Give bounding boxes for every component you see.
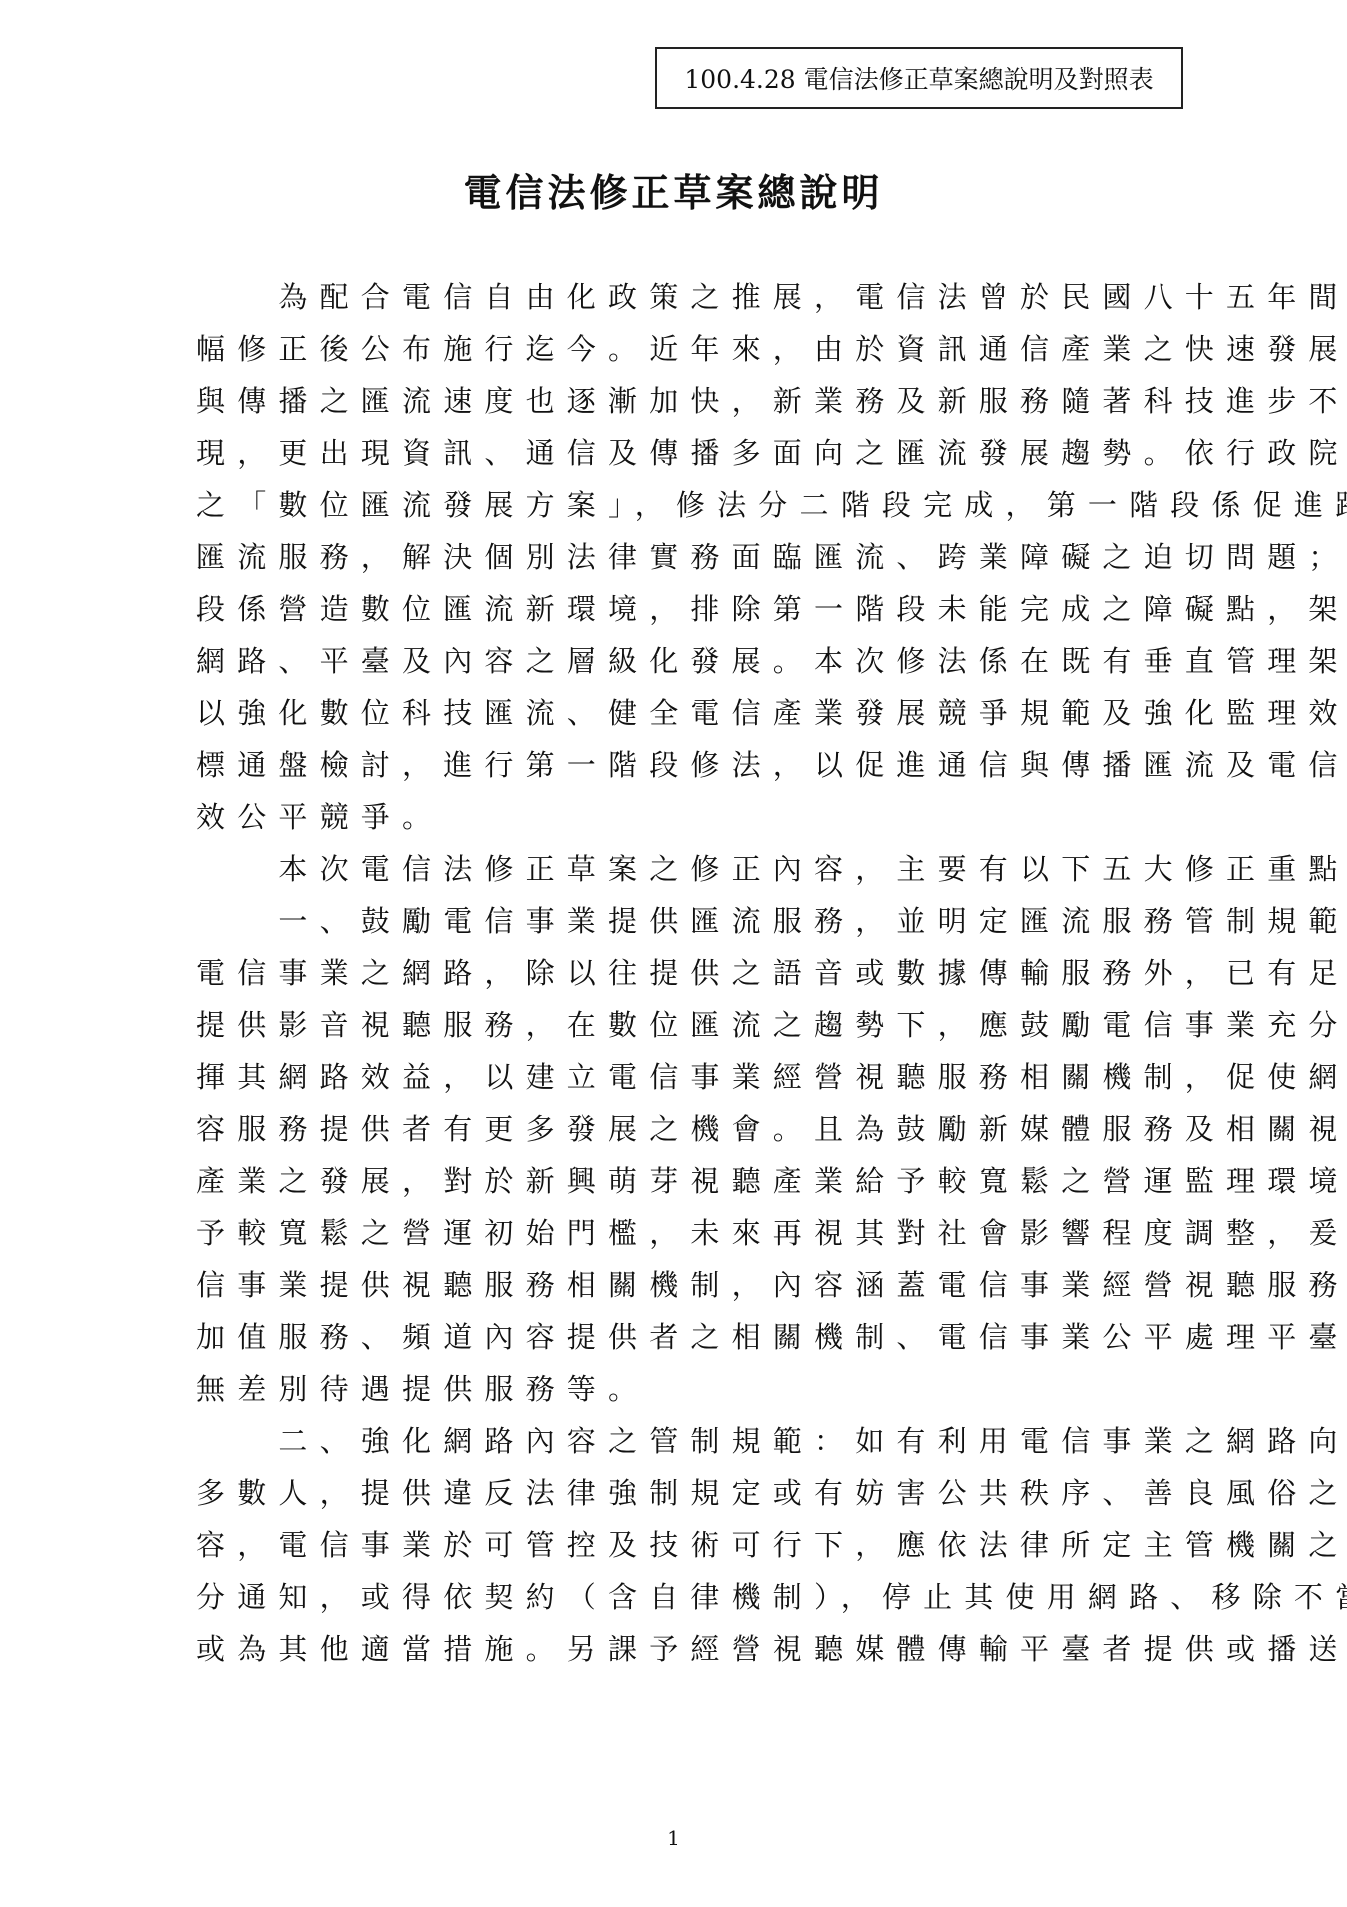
text-line: 現，更出現資訊、通信及傳播多面向之匯流發展趨勢。依行政院所核定 [196,427,1184,479]
document-header-label: 100.4.28 電信法修正草案總說明及對照表 [655,47,1183,109]
text-line: 與傳播之匯流速度也逐漸加快，新業務及新服務隨著科技進步不斷湧 [196,375,1184,427]
text-line: 以強化數位科技匯流、健全電信產業發展競爭規範及強化監理效能等指 [196,687,1184,739]
text-line: 段係營造數位匯流新環境，排除第一階段未能完成之障礙點，架構導向 [196,583,1184,635]
text-line: 標通盤檢討，進行第一階段修法，以促進通信與傳播匯流及電信事業有 [196,739,1184,791]
text-line: 多數人，提供違反法律強制規定或有妨害公共秩序、善良風俗之不當內 [196,1467,1184,1519]
paragraph-point-2: 二、強化網路內容之管制規範：如有利用電信事業之網路向不特定 多數人，提供違反法律… [196,1415,1184,1675]
paragraph-point-1: 一、鼓勵電信事業提供匯流服務，並明定匯流服務管制規範：目前 電信事業之網路，除以… [196,895,1184,1415]
text-line: 加值服務、頻道內容提供者之相關機制、電信事業公平處理平臺上下架、 [196,1311,1184,1363]
text-line: 容，電信事業於可管控及技術可行下，應依法律所定主管機關之行政處 [196,1519,1184,1571]
text-line: 本次電信法修正草案之修正內容，主要有以下五大修正重點： [196,843,1184,895]
text-line: 信事業提供視聽服務相關機制，內容涵蓋電信事業經營視聽服務及其它 [196,1259,1184,1311]
text-line: 電信事業之網路，除以往提供之語音或數據傳輸服務外，已有足夠能量 [196,947,1184,999]
text-line: 一、鼓勵電信事業提供匯流服務，並明定匯流服務管制規範：目前 [196,895,1184,947]
text-line: 容服務提供者有更多發展之機會。且為鼓勵新媒體服務及相關視聽內容 [196,1103,1184,1155]
text-line: 效公平競爭。 [196,791,1184,843]
text-line: 無差別待遇提供服務等。 [196,1363,1184,1415]
document-body: 為配合電信自由化政策之推展，電信法曾於民國八十五年間進行大 幅修正後公布施行迄今… [196,271,1184,1675]
document-title: 電信法修正草案總說明 [0,162,1347,217]
text-line: 二、強化網路內容之管制規範：如有利用電信事業之網路向不特定 [196,1415,1184,1467]
text-line: 分通知，或得依契約（含自律機制），停止其使用網路、移除不當內容 [196,1571,1184,1623]
text-line: 網路、平臺及內容之層級化發展。本次修法係在既有垂直管理架構下， [196,635,1184,687]
text-line: 或為其他適當措施。另課予經營視聽媒體傳輸平臺者提供或播送內容之 [196,1623,1184,1675]
text-line: 為配合電信自由化政策之推展，電信法曾於民國八十五年間進行大 [196,271,1184,323]
text-line: 之「數位匯流發展方案」，修法分二階段完成，第一階段係促進跨媒體 [196,479,1184,531]
text-line: 產業之發展，對於新興萌芽視聽產業給予較寬鬆之營運監理環境，並給 [196,1155,1184,1207]
page-number: 1 [0,1826,1347,1850]
text-line: 予較寬鬆之營運初始門檻，未來再視其對社會影響程度調整，爰增訂電 [196,1207,1184,1259]
text-line: 揮其網路效益，以建立電信事業經營視聽服務相關機制，促使網路、內 [196,1051,1184,1103]
text-line: 匯流服務，解決個別法律實務面臨匯流、跨業障礙之迫切問題；第二階 [196,531,1184,583]
paragraph-intro: 為配合電信自由化政策之推展，電信法曾於民國八十五年間進行大 幅修正後公布施行迄今… [196,271,1184,843]
text-line: 幅修正後公布施行迄今。近年來，由於資訊通信產業之快速發展，通信 [196,323,1184,375]
header-label-text: 100.4.28 電信法修正草案總說明及對照表 [684,60,1153,96]
paragraph-summary: 本次電信法修正草案之修正內容，主要有以下五大修正重點： [196,843,1184,895]
text-line: 提供影音視聽服務，在數位匯流之趨勢下，應鼓勵電信事業充分有效發 [196,999,1184,1051]
